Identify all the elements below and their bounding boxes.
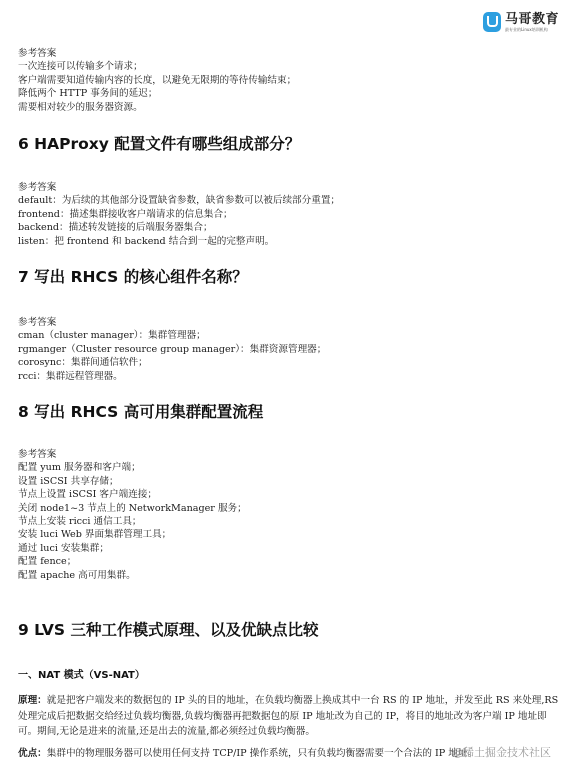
answer-line: 需要相对较少的服务器资源。 xyxy=(18,101,296,114)
q8-heading: 8 写出 RHCS 高可用集群配置流程 xyxy=(18,400,263,422)
answer-line: 客户端需要知道传输内容的长度，以避免无限期的等待传输结束； xyxy=(18,74,296,87)
answer-line: 通过 luci 安装集群； xyxy=(18,542,247,555)
principle-label: 原理： xyxy=(18,695,47,706)
answer-line: backend：描述转发链接的后端服务器集合； xyxy=(18,221,340,234)
answer-line: 节点上安装 ricci 通信工具； xyxy=(18,515,247,528)
q9-heading: 9 LVS 三种工作模式原理、以及优缺点比较 xyxy=(18,618,318,640)
logo-name: 马哥教育 xyxy=(505,13,559,26)
answer-line: 一次连接可以传输多个请求； xyxy=(18,60,296,73)
answer-label: 参考答案 xyxy=(18,181,340,194)
answer-line: rgmanger（Cluster resource group manager）… xyxy=(18,343,326,356)
answer-line: default：为后续的其他部分设置缺省参数，缺省参数可以被后续部分重置； xyxy=(18,194,340,207)
answer-line: listen：把 frontend 和 backend 结合到一起的完整声明。 xyxy=(18,235,340,248)
answer-line: corosync：集群间通信软件； xyxy=(18,356,326,369)
advantage-text: 集群中的物理服务器可以使用任何支持 TCP/IP 操作系统，只有负载均衡器需要一… xyxy=(47,748,477,759)
answer-line: 配置 fence； xyxy=(18,555,247,568)
q8-answer: 参考答案 配置 yum 服务器和客户端； 设置 iSCSI 共享存储； 节点上设… xyxy=(18,448,247,582)
answer-label: 参考答案 xyxy=(18,448,247,461)
answer-label: 参考答案 xyxy=(18,316,326,329)
answer-line: 节点上设置 iSCSI 客户端连接； xyxy=(18,488,247,501)
q7-heading: 7 写出 RHCS 的核心组件名称？ xyxy=(18,265,248,287)
answer-line: cman（cluster manager）：集群管理器； xyxy=(18,329,326,342)
answer-line: 设置 iSCSI 共享存储； xyxy=(18,475,247,488)
q7-answer: 参考答案 cman（cluster manager）：集群管理器； rgmang… xyxy=(18,316,326,383)
answer-line: 关闭 node1~3 节点上的 NetworkManager 服务； xyxy=(18,502,247,515)
brand-logo: 马哥教育 最专业的Linux培训机构 xyxy=(483,8,573,36)
answer-label: 参考答案 xyxy=(18,47,296,60)
answer-line: 安装 luci Web 界面集群管理工具； xyxy=(18,528,247,541)
q6-answer: 参考答案 default：为后续的其他部分设置缺省参数，缺省参数可以被后续部分重… xyxy=(18,181,340,248)
principle-text: 就是把客户端发来的数据包的 IP 头的目的地址，在负载均衡器上换成其中一台 RS… xyxy=(18,695,558,737)
nat-principle-paragraph: 原理：就是把客户端发来的数据包的 IP 头的目的地址，在负载均衡器上换成其中一台… xyxy=(18,693,560,740)
q6-heading: 6 HAProxy 配置文件有哪些组成部分？ xyxy=(18,132,300,154)
q5-answer: 参考答案 一次连接可以传输多个请求； 客户端需要知道传输内容的长度，以避免无限期… xyxy=(18,47,296,114)
logo-subtitle: 最专业的Linux培训机构 xyxy=(505,28,559,32)
answer-line: frontend：描述集群接收客户端请求的信息集合； xyxy=(18,208,340,221)
advantage-label: 优点： xyxy=(18,748,47,759)
answer-line: rcci：集群远程管理器。 xyxy=(18,370,326,383)
answer-line: 配置 yum 服务器和客户端； xyxy=(18,461,247,474)
answer-line: 降低两个 HTTP 事务间的延迟； xyxy=(18,87,296,100)
nat-mode-subheading: 一、NAT 模式（VS-NAT） xyxy=(18,666,145,681)
logo-icon xyxy=(483,12,501,32)
answer-line: 配置 apache 高可用集群。 xyxy=(18,569,247,582)
watermark: @稀土掘金技术社区 xyxy=(452,744,551,760)
